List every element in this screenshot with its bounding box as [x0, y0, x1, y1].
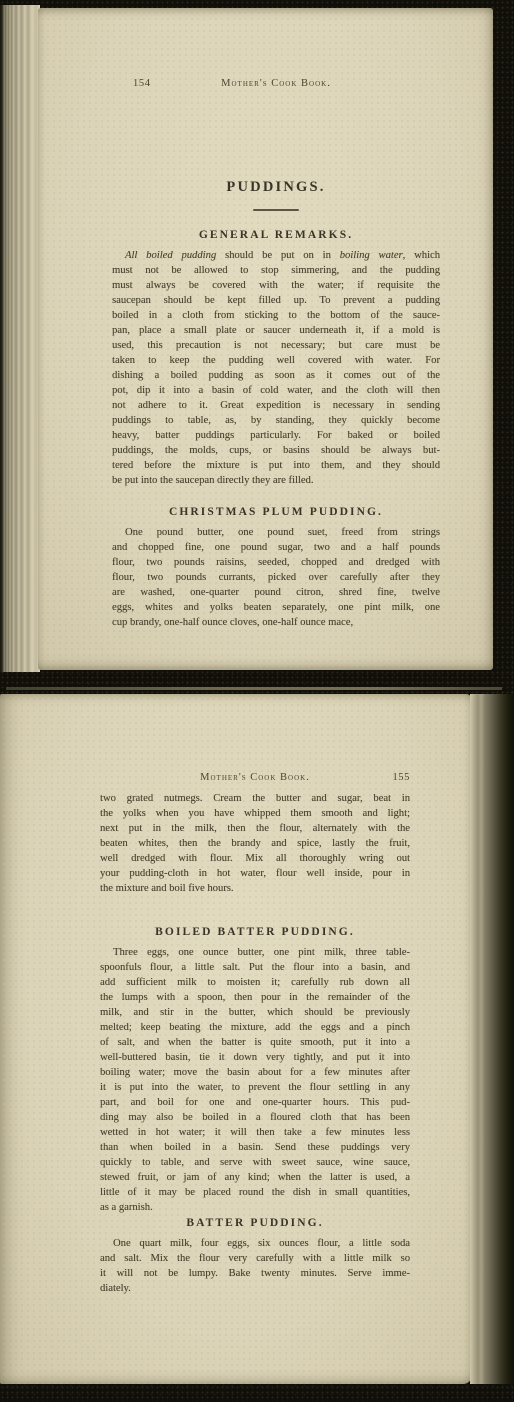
text-line: as a garnish. [100, 1200, 410, 1215]
text-line: than when boiled in a basin. Send these … [100, 1140, 410, 1155]
text-line: ding may also be boiled in a floured clo… [100, 1110, 410, 1125]
text-line: One pound butter, one pound suet, freed … [112, 525, 440, 540]
chapter-title: PUDDINGS. [112, 179, 440, 195]
text-line: must always be covered with the water; i… [112, 278, 440, 293]
text-line: and salt. Mix the flour very carefully w… [100, 1251, 410, 1266]
text-line: spoonfuls flour, a little salt. Put the … [100, 960, 410, 975]
text-line: boiling water; move the basin about for … [100, 1065, 410, 1080]
text-line: heavy, batter puddings particularly. For… [112, 428, 440, 443]
italic-text: All boiled pudding [125, 250, 216, 261]
text-line: stewed fruit, or jam of any kind; when t… [100, 1170, 410, 1185]
text-segment: , which [403, 250, 440, 261]
text-line: the yolks when you have whipped them smo… [100, 806, 410, 821]
recipe-heading: BOILED BATTER PUDDING. [100, 926, 410, 939]
text-line: it is put into the water, to prevent the… [100, 1080, 410, 1095]
text-line: add sufficient milk to moisten it; caref… [100, 975, 410, 990]
recipe-heading: BATTER PUDDING. [100, 1217, 410, 1230]
photographed-book-spread: { "colors": { "page": "#dcd4b8", "ink": … [0, 0, 514, 1402]
text-line: boiled in a cloth from sticking to the b… [112, 308, 440, 323]
text-line: flour, two pounds raisins, seeded, chopp… [112, 555, 440, 570]
text-line: be put into the saucepan directly they a… [112, 473, 440, 488]
text-line: and chopped fine, one pound sugar, two a… [112, 540, 440, 555]
text-line: little of it may be placed round the dis… [100, 1185, 410, 1200]
text-line: pan, place a small plate or saucer under… [112, 323, 440, 338]
text-line: One quart milk, four eggs, six ounces fl… [100, 1236, 410, 1251]
paragraph: One pound butter, one pound suet, freed … [112, 525, 440, 630]
text-line: part, and boil for one and one-quarter h… [100, 1095, 410, 1110]
section-divider [253, 209, 299, 211]
text-line: well dredged with flour. Mix all thoroug… [100, 851, 410, 866]
text-line: wetted in hot water; it will then take a… [100, 1125, 410, 1140]
page-content: PUDDINGS.GENERAL REMARKS.All boiled pudd… [112, 179, 440, 630]
page-number: 154 [112, 78, 221, 89]
page-edge-glint [6, 687, 502, 690]
running-head: Mother's Cook Book. 155 [100, 772, 410, 783]
recipe-heading: GENERAL REMARKS. [112, 229, 440, 242]
text-line: Three eggs, one ounce butter, one pint m… [100, 945, 410, 960]
text-line: diately. [100, 1281, 410, 1296]
text-line: not adhere to it. Great expedition is ne… [112, 398, 440, 413]
text-line: flour, two pounds currants, picked over … [112, 570, 440, 585]
text-line: must not be allowed to stop simmering, a… [112, 263, 440, 278]
text-segment: should be put on in [216, 250, 340, 261]
running-title: Mother's Cook Book. [200, 772, 310, 783]
text-line: melted; keep beating the mixture, add th… [100, 1020, 410, 1035]
book-page-edges-left [0, 5, 40, 672]
text-line: pot, dip it into a basin of cold water, … [112, 383, 440, 398]
text-line: dishing a boiled pudding as soon as it c… [112, 368, 440, 383]
text-line: the lumps with a spoon, then pour in the… [100, 990, 410, 1005]
paragraph: two grated nutmegs. Cream the butter and… [100, 791, 410, 896]
text-line: tered before the mixture is put into the… [112, 458, 440, 473]
text-line: the mixture and boil five hours. [100, 881, 410, 896]
text-line: beaten whites, then the brandy and spice… [100, 836, 410, 851]
text-line: it will not be lumpy. Bake twenty minute… [100, 1266, 410, 1281]
book-photo-bottom: Mother's Cook Book. 155 two grated nutme… [0, 686, 514, 1402]
page-content: two grated nutmegs. Cream the butter and… [100, 791, 410, 1296]
text-line: eggs, whites and yolks beaten separately… [112, 600, 440, 615]
paragraph: One quart milk, four eggs, six ounces fl… [100, 1236, 410, 1296]
book-photo-top: 154 Mother's Cook Book. PUDDINGS.GENERAL… [0, 0, 514, 686]
text-line: two grated nutmegs. Cream the butter and… [100, 791, 410, 806]
text-line: quickly to table, and serve with sweet s… [100, 1155, 410, 1170]
text-line: used, this precaution is not necessary; … [112, 338, 440, 353]
running-title: Mother's Cook Book. [221, 78, 331, 89]
paragraph: Three eggs, one ounce butter, one pint m… [100, 945, 410, 1215]
text-line: All boiled pudding should be put on in b… [112, 248, 440, 263]
text-line: are washed, one-quarter pound citron, sh… [112, 585, 440, 600]
paragraph: All boiled pudding should be put on in b… [112, 248, 440, 488]
book-page-1: 154 Mother's Cook Book. PUDDINGS.GENERAL… [38, 8, 493, 670]
text-line: puddings to table, as, by standing, they… [112, 413, 440, 428]
italic-text: boiling water [340, 250, 403, 261]
book-page-edges-right [470, 694, 514, 1384]
text-line: of salt, and when the batter is quite sm… [100, 1035, 410, 1050]
text-line: puddings, the molds, cups, or basins sho… [112, 443, 440, 458]
text-line: well-buttered basin, tie it down very ti… [100, 1050, 410, 1065]
page-number: 155 [310, 772, 410, 783]
recipe-heading: CHRISTMAS PLUM PUDDING. [112, 506, 440, 519]
text-line: saucepan should be kept filled up. To pr… [112, 293, 440, 308]
text-line: your pudding-cloth in hot water, flour w… [100, 866, 410, 881]
text-line: next put in the milk, then the flour, al… [100, 821, 410, 836]
running-head: 154 Mother's Cook Book. [112, 78, 440, 89]
text-line: taken to keep the pudding well covered w… [112, 353, 440, 368]
book-page-2: Mother's Cook Book. 155 two grated nutme… [0, 694, 472, 1384]
text-line: cup brandy, one-half ounce cloves, one-h… [112, 615, 440, 630]
text-line: milk, and stir in the butter, which shou… [100, 1005, 410, 1020]
